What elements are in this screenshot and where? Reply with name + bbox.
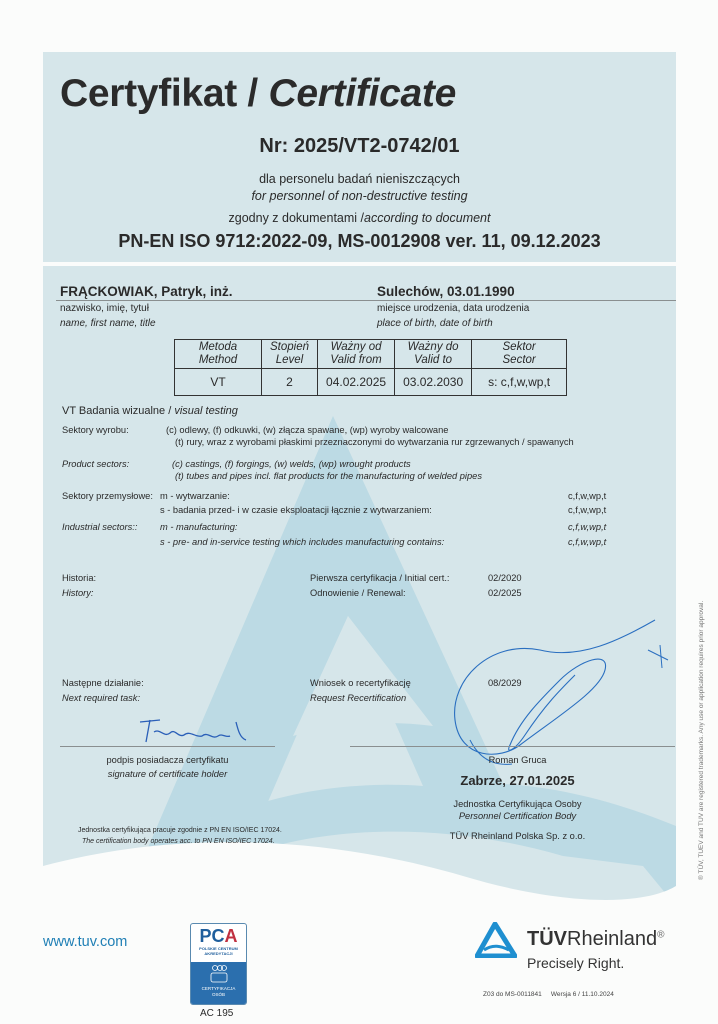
birth-label-pl: miejsce urodzenia, data urodzenia <box>377 303 529 314</box>
industrial-s-en-codes: c,f,w,wp,t <box>568 537 606 547</box>
pca-code: AC 195 <box>200 1008 233 1019</box>
industrial-m-pl: m - wytwarzanie: <box>160 491 230 501</box>
subtitle-en: for personnel of non-destructive testing <box>43 189 676 203</box>
header-valid-from: Ważny odValid from <box>318 340 395 369</box>
cell-method: VT <box>175 369 262 396</box>
cell-valid-from: 04.02.2025 <box>318 369 395 396</box>
method-title: VT Badania wizualne / visual testing <box>62 405 238 417</box>
accreditation-note-pl: Jednostka certyfikująca pracuje zgodnie … <box>78 827 282 834</box>
cell-level: 2 <box>262 369 318 396</box>
certificate-number: Nr: 2025/VT2-0742/01 <box>43 135 676 158</box>
pca-logo-text: PCA <box>191 924 246 946</box>
header-sector: SektorSector <box>472 340 567 369</box>
recert-date: 08/2029 <box>488 678 522 688</box>
industrial-m-en-codes: c,f,w,wp,t <box>568 522 606 532</box>
tuv-triangle-logo-icon <box>475 922 517 958</box>
product-sectors-line1-pl: (c) odlewy, (f) odkuwki, (w) złącza spaw… <box>166 425 448 435</box>
holder-signature-line <box>60 746 275 747</box>
cell-valid-to: 03.02.2030 <box>395 369 472 396</box>
initial-cert-label: Pierwsza certyfikacja / Initial cert.: <box>310 573 450 583</box>
cell-sector: s: c,f,w,wp,t <box>472 369 567 396</box>
company-name: TÜV Rheinland Polska Sp. z o.o. <box>420 831 615 841</box>
accreditation-note-en: The certification body operates acc. to … <box>82 838 275 845</box>
page-title: Certyfikat / Certificate <box>60 72 456 116</box>
pca-line2: AKREDYTACJI <box>191 951 246 956</box>
holder-signature-label-en: signature of certificate holder <box>60 769 275 779</box>
history-label-pl: Historia: <box>62 573 96 583</box>
people-icon <box>208 964 230 984</box>
form-number: Z03 do MS-0011841 Wersja 6 / 11.10.2024 <box>483 991 614 998</box>
industrial-sectors-label-pl: Sektory przemysłowe: <box>62 491 153 501</box>
industrial-m-en: m - manufacturing: <box>160 522 238 532</box>
initial-cert-value: 02/2020 <box>488 573 522 583</box>
recert-label-en: Request Recertification <box>310 693 406 703</box>
next-task-label-pl: Następne działanie: <box>62 678 144 688</box>
subtitle-pl: dla personelu badań nieniszczących <box>43 172 676 186</box>
name-label-en: name, first name, title <box>60 318 156 329</box>
issue-place-date: Zabrze, 27.01.2025 <box>420 773 615 788</box>
industrial-s-pl-codes: c,f,w,wp,t <box>568 505 606 515</box>
industrial-m-pl-codes: c,f,w,wp,t <box>568 491 606 501</box>
next-task-label-en: Next required task: <box>62 693 140 703</box>
product-sectors-line2-pl: (t) rury, wraz z wyrobami płaskimi przez… <box>175 437 574 447</box>
tuv-brand: TÜVRheinland® <box>527 928 664 951</box>
standard-reference: PN-EN ISO 9712:2022-09, MS-0012908 ver. … <box>43 231 676 252</box>
header-level: StopieńLevel <box>262 340 318 369</box>
renewal-label: Odnowienie / Renewal: <box>310 588 406 598</box>
website-link[interactable]: www.tuv.com <box>43 934 127 950</box>
industrial-s-pl: s - badania przed- i w czasie eksploatac… <box>160 505 432 515</box>
holder-signature-label-pl: podpis posiadacza certyfikatu <box>60 755 275 765</box>
header-valid-to: Ważny doValid to <box>395 340 472 369</box>
product-sectors-label-pl: Sektory wyrobu: <box>62 425 129 435</box>
history-label-en: History: <box>62 588 94 598</box>
header-method: MetodaMethod <box>175 340 262 369</box>
according-to-document: zgodny z dokumentami /according to docum… <box>43 211 676 225</box>
product-sectors-line1-en: (c) castings, (f) forgings, (w) welds, (… <box>172 459 411 469</box>
issuer-signature-line <box>350 746 675 747</box>
certification-body-en: Personnel Certification Body <box>420 811 615 821</box>
renewal-value: 02/2025 <box>488 588 522 598</box>
product-sectors-line2-en: (t) tubes and pipes incl. flat products … <box>175 471 482 481</box>
recert-label-pl: Wniosek o recertyfikację <box>310 678 411 688</box>
holder-birth: Sulechów, 03.01.1990 <box>377 284 515 299</box>
pca-bottom2: OSÓB <box>191 992 246 998</box>
tuv-slogan: Precisely Right. <box>527 955 624 971</box>
certification-table: MetodaMethod StopieńLevel Ważny odValid … <box>174 339 567 396</box>
product-sectors-label-en: Product sectors: <box>62 459 129 469</box>
pca-accreditation-logo: PCA POLSKIE CENTRUM AKREDYTACJI CERTYFIK… <box>190 923 247 1005</box>
signer-name: Roman Gruca <box>420 755 615 765</box>
industrial-s-en: s - pre- and in-service testing which in… <box>160 537 444 547</box>
divider <box>56 300 676 301</box>
birth-label-en: place of birth, date of birth <box>377 318 493 329</box>
holder-name: FRĄCKOWIAK, Patryk, inż. <box>60 284 233 299</box>
name-label-pl: nazwisko, imię, tytuł <box>60 303 149 314</box>
certification-body-pl: Jednostka Certyfikująca Osoby <box>420 799 615 809</box>
industrial-sectors-label-en: Industrial sectors:: <box>62 522 137 532</box>
table-row: VT 2 04.02.2025 03.02.2030 s: c,f,w,wp,t <box>175 369 567 396</box>
trademark-note: ® TÜV, TUEV and TUV are registered trade… <box>698 601 705 880</box>
